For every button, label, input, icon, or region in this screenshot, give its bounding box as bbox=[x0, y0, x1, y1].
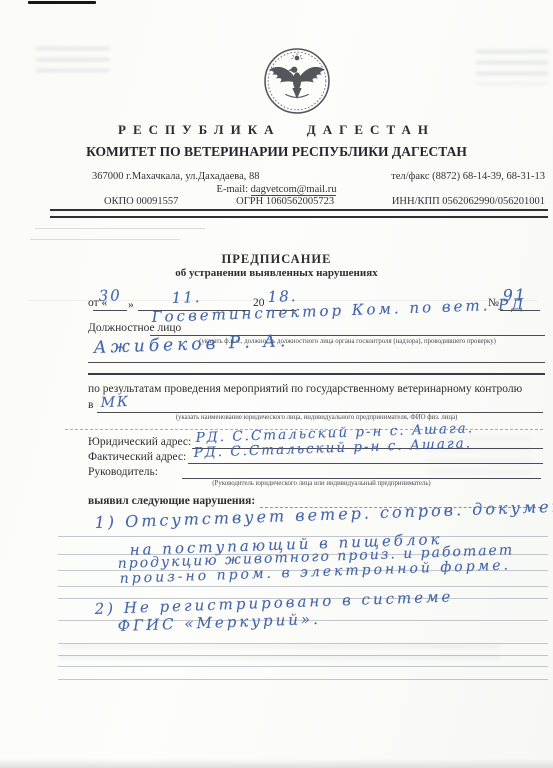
official-blank-line bbox=[88, 373, 545, 375]
ruled-line bbox=[58, 643, 548, 644]
ruled-line bbox=[58, 666, 548, 667]
head-blank-line bbox=[182, 478, 541, 479]
actual-address-label: Фактический адрес: bbox=[88, 451, 186, 463]
inspection-in-label: в bbox=[88, 399, 93, 411]
official-blank-line bbox=[88, 362, 545, 363]
legal-address-label: Юридический адрес: bbox=[88, 436, 191, 448]
email-label: E-mail: bbox=[217, 184, 249, 195]
inspection-caption: (указать наименование юридического лица,… bbox=[120, 414, 513, 421]
email-address: dagvetcom@mail.ru bbox=[251, 184, 337, 196]
okpo-code: ОКПО 00091557 bbox=[104, 196, 178, 207]
postal-address: 367000 г.Махачкала, ул.Дахадаева, 88 bbox=[92, 171, 260, 182]
handwritten-day: 30 bbox=[98, 286, 122, 305]
handwritten-official-name: Ажибеков Р. А. bbox=[93, 331, 289, 358]
bleed-through-text bbox=[476, 50, 548, 84]
document-subtitle: об устранении выявленных нарушениях bbox=[0, 267, 553, 279]
addresses-block: Юридический адрес: РД. С.Стальский р-н с… bbox=[0, 434, 553, 494]
inspection-result-line: по результатам проведения мероприятий по… bbox=[88, 383, 543, 395]
header-divider bbox=[50, 209, 548, 218]
scan-faint-line bbox=[35, 228, 205, 229]
scan-edge-mark bbox=[28, 1, 96, 4]
committee-heading: КОМИТЕТ ПО ВЕТЕРИНАРИИ РЕСПУБЛИКИ ДАГЕСТ… bbox=[0, 144, 553, 160]
violations-heading: выявил следующие нарушения: bbox=[88, 495, 255, 507]
handwritten-month: 11. bbox=[171, 288, 201, 307]
bleed-through-text bbox=[36, 47, 110, 75]
phone-fax: тел/факс (8872) 68-14-39, 68-31-13 bbox=[391, 171, 545, 182]
scan-bottom-shadow bbox=[0, 759, 553, 768]
inn-kpp-code: ИНН/КПП 0562062990/056201001 bbox=[392, 196, 545, 207]
actual-address-blank bbox=[188, 463, 543, 464]
dagestan-coat-of-arms-icon bbox=[258, 42, 336, 120]
bleed-through-text bbox=[60, 645, 500, 660]
republic-heading: РЕСПУБЛИКА ДАГЕСТАН bbox=[0, 122, 553, 138]
ruled-line bbox=[58, 655, 548, 656]
date-quote-close: » bbox=[128, 299, 134, 311]
scan-faint-line bbox=[30, 239, 180, 240]
ruled-line bbox=[58, 679, 548, 680]
official-block: Должностное лицо Госветинспектор Ком. по… bbox=[0, 316, 553, 382]
document-title: ПРЕДПИСАНИЕ bbox=[0, 252, 553, 267]
ogrn-code: ОГРН 1060562005723 bbox=[236, 196, 334, 207]
handwritten-org: МК bbox=[100, 394, 130, 411]
head-caption: (Руководитель юридического лица или инди… bbox=[150, 480, 493, 487]
inspection-blank-line bbox=[97, 412, 543, 413]
scanned-document-page: РЕСПУБЛИКА ДАГЕСТАН КОМИТЕТ ПО ВЕТЕРИНАР… bbox=[0, 0, 553, 768]
inspection-block: по результатам проведения мероприятий по… bbox=[0, 383, 553, 423]
date-day-blank bbox=[93, 310, 127, 311]
head-label: Руководитель: bbox=[88, 466, 158, 478]
